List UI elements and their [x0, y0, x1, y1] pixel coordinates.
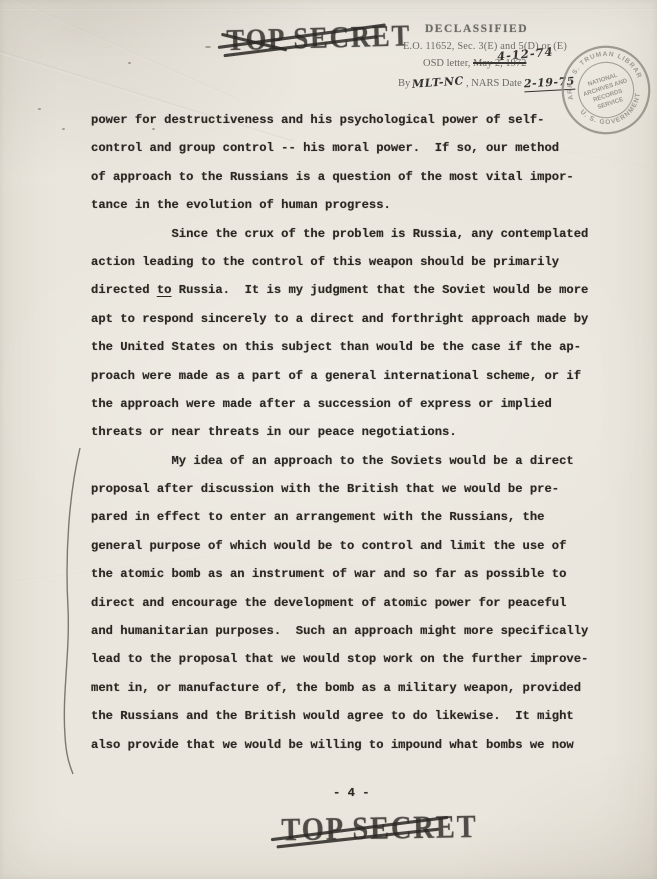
stamp-strikethrough-lines — [281, 808, 457, 857]
typed-line: ment in, or manufacture of, the bomb as … — [91, 674, 611, 702]
typed-line: also provide that we would be willing to… — [91, 731, 611, 759]
typed-line: the atomic bomb as an instrument of war … — [91, 560, 611, 588]
paper-speck — [205, 46, 211, 48]
typed-line: threats or near threats in our peace neg… — [91, 418, 611, 446]
paper-speck — [128, 62, 131, 64]
top-secret-stamp-top: TOP SECRET — [226, 19, 412, 58]
handwritten-reviewer-initials: MLT-NC — [412, 74, 465, 91]
osd-letter-line: OSD letter, May 2, 1972 4-12-74 — [423, 58, 526, 69]
stamp-strikethrough-lines — [226, 20, 393, 66]
text-segment: Russia. It is my judgment that the Sovie… — [171, 283, 588, 297]
typed-line: action leading to the control of this we… — [91, 248, 611, 276]
nars-date-label: , NARS Date — [466, 78, 522, 89]
margin-emphasis-line — [56, 442, 88, 778]
typed-line: the United States on this subject than w… — [91, 333, 611, 361]
typed-line: of approach to the Russians is a questio… — [91, 163, 611, 191]
typed-line: the approach were made after a successio… — [91, 390, 611, 418]
typed-line: lead to the proposal that we would stop … — [91, 645, 611, 673]
typed-line: the Russians and the British would agree… — [91, 702, 611, 730]
paper-speck — [38, 108, 41, 110]
paper-crease — [0, 0, 239, 101]
typed-line: power for destructiveness and his psycho… — [91, 106, 611, 134]
typed-line: and humanitarian purposes. Such an appro… — [91, 617, 611, 645]
typed-line: control and group control -- his moral p… — [91, 134, 611, 162]
paper-speck — [62, 128, 65, 130]
typed-line: Since the crux of the problem is Russia,… — [91, 220, 611, 248]
typed-line: tance in the evolution of human progress… — [91, 191, 611, 219]
typed-line: proach were made as a part of a general … — [91, 362, 611, 390]
by-label: By — [398, 78, 410, 89]
typed-line: My idea of an approach to the Soviets wo… — [91, 447, 611, 475]
declassified-label: DECLASSIFIED — [425, 23, 528, 35]
typed-line: proposal after discussion with the Briti… — [91, 475, 611, 503]
text-segment: directed — [91, 283, 157, 297]
typed-line: directed to Russia. It is my judgment th… — [91, 276, 611, 304]
top-secret-stamp-bottom: TOP SECRET — [281, 808, 478, 849]
typed-line: pared in effect to enter an arrangement … — [91, 503, 611, 531]
typed-line: apt to respond sincerely to a direct and… — [91, 305, 611, 333]
nars-review-line: By MLT-NC , NARS Date 2-19-75 — [398, 76, 575, 91]
typed-line: direct and encourage the development of … — [91, 589, 611, 617]
typed-body: power for destructiveness and his psycho… — [91, 106, 611, 759]
underlined-word: to — [157, 283, 172, 297]
page-number: - 4 - — [333, 786, 370, 800]
osd-letter-prefix: OSD letter, — [423, 58, 473, 69]
paper-crease — [0, 8, 657, 10]
scanned-document-page: TOP SECRET DECLASSIFIED E.O. 11652, Sec.… — [0, 0, 657, 879]
typed-line: general purpose of which would be to con… — [91, 532, 611, 560]
